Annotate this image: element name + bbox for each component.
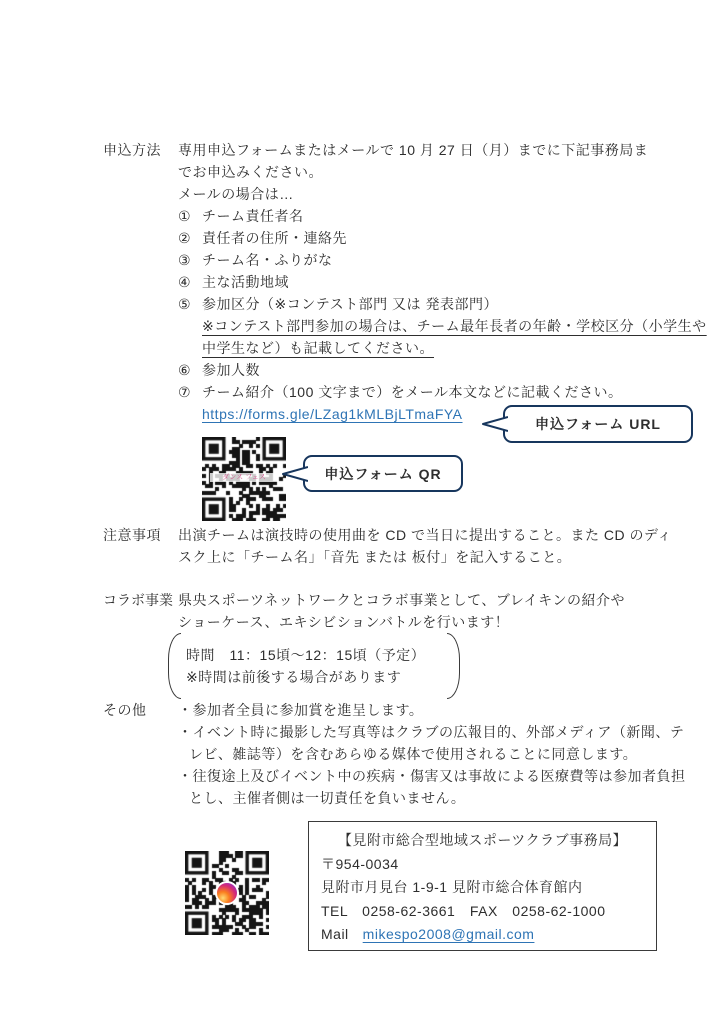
qr-code-instagram <box>185 851 269 935</box>
bubble-tail-icon <box>281 464 308 484</box>
notes-line: スク上に「チーム名」「音先 または 板付」を記入すること。 <box>178 546 672 568</box>
apply-list-item-4: ④ 主な活動地域 <box>178 271 707 293</box>
contact-tel-fax: TEL 0258-62-3661 FAX 0258-62-1000 <box>321 900 644 924</box>
apply-list-item-2: ② 責任者の住所・連絡先 <box>178 227 707 249</box>
collab-schedule-box: 時間 11：15頃～12：15頃（予定） ※時間は前後する場合があります <box>168 633 460 699</box>
callout-bubble-form-url: 申込フォーム URL <box>503 405 693 443</box>
right-parenthesis-shape <box>447 633 460 699</box>
circled-number: ⑥ <box>178 359 202 381</box>
qr-caption: ダンス フェス <box>210 473 278 482</box>
apply-intro-line: 専用申込フォームまたはメールで 10 月 27 日（月）までに下記事務局ま <box>178 139 707 161</box>
bubble-label: 申込フォーム URL <box>535 413 661 435</box>
section-collab: コラボ事業 県央スポーツネットワークとコラボ事業として、ブレイキンの紹介や ショ… <box>103 589 625 633</box>
list-item-text: 参加人数 <box>202 359 260 381</box>
collab-line: 県央スポーツネットワークとコラボ事業として、ブレイキンの紹介や <box>178 589 625 611</box>
schedule-time-line: 時間 11：15頃～12：15頃（予定） <box>186 644 460 666</box>
contest-note-line: ※コンテスト部門参加の場合は、チーム最年長者の年齢・学校区分（小学生や <box>178 315 707 337</box>
section-heading-notes: 注意事項 <box>103 524 178 568</box>
circled-number: ④ <box>178 271 202 293</box>
collab-line: ショーケース、エキシビションバトルを行います！ <box>178 611 625 633</box>
instagram-logo-icon <box>215 881 239 905</box>
apply-list-item-7: ⑦ チーム紹介（100 文字まで）をメール本文などに記載ください。 <box>178 381 707 403</box>
notes-line: 出演チームは演技時の使用曲を CD で当日に提出すること。また CD のディ <box>178 524 672 546</box>
bubble-label: 申込フォーム QR <box>324 463 441 485</box>
section-notes: 注意事項 出演チームは演技時の使用曲を CD で当日に提出すること。また CD … <box>103 524 672 568</box>
list-item-text: チーム紹介（100 文字まで）をメール本文などに記載ください。 <box>202 381 622 403</box>
contact-mail-label: Mail <box>321 923 349 947</box>
other-line: ・往復途上及びイベント中の疾病・傷害又は事故による医療費等は参加者負担 <box>178 765 686 787</box>
contact-postal-code: 〒954-0034 <box>321 853 644 877</box>
section-heading-other: その他 <box>103 699 178 809</box>
circled-number: ⑤ <box>178 293 202 315</box>
other-line-continued: とし、主催者側は一切責任を負いません。 <box>178 787 686 809</box>
list-item-text: 主な活動地域 <box>202 271 289 293</box>
apply-list-item-3: ③ チーム名・ふりがな <box>178 249 707 271</box>
section-heading-apply: 申込方法 <box>103 139 178 425</box>
bubble-tail-icon <box>481 414 508 434</box>
apply-intro-line: でお申込みください。 <box>178 161 707 183</box>
section-heading-collab: コラボ事業 <box>103 589 178 633</box>
callout-bubble-form-qr: 申込フォーム QR <box>303 455 463 492</box>
section-application-method: 申込方法 専用申込フォームまたはメールで 10 月 27 日（月）までに下記事務… <box>103 139 707 425</box>
circled-number: ① <box>178 205 202 227</box>
contact-info-box: 【見附市総合型地域スポーツクラブ事務局】 〒954-0034 見附市月見台 1-… <box>308 821 657 951</box>
circled-number: ② <box>178 227 202 249</box>
document-page: 申込方法 専用申込フォームまたはメールで 10 月 27 日（月）までに下記事務… <box>0 0 724 1024</box>
left-parenthesis-shape <box>168 633 181 699</box>
circled-number: ③ <box>178 249 202 271</box>
contest-note-line: 中学生など）も記載してください。 <box>178 337 707 359</box>
list-item-text: チーム名・ふりがな <box>202 249 333 271</box>
contact-address: 見附市月見台 1-9-1 見附市総合体育館内 <box>321 876 644 900</box>
qr-code-application-form: ダンス フェス <box>202 437 286 521</box>
list-item-text: 参加区分（※コンテスト部門 又は 発表部門） <box>202 293 498 315</box>
circled-number: ⑦ <box>178 381 202 403</box>
apply-list-item-5: ⑤ 参加区分（※コンテスト部門 又は 発表部門） <box>178 293 707 315</box>
schedule-note-line: ※時間は前後する場合があります <box>186 666 460 688</box>
list-item-text: 責任者の住所・連絡先 <box>202 227 347 249</box>
apply-list-item-1: ① チーム責任者名 <box>178 205 707 227</box>
application-form-link[interactable]: https://forms.gle/LZag1kMLBjLTmaFYA <box>202 406 463 422</box>
contact-email-link[interactable]: mikespo2008@gmail.com <box>363 923 535 947</box>
apply-intro-line: メールの場合は… <box>178 183 707 205</box>
apply-list-item-6: ⑥ 参加人数 <box>178 359 707 381</box>
other-line-continued: レビ、雑誌等）を含むあらゆる媒体で使用されることに同意します。 <box>178 743 686 765</box>
other-line: ・イベント時に撮影した写真等はクラブの広報目的、外部メディア（新聞、テ <box>178 721 686 743</box>
other-line: ・参加者全員に参加賞を進呈します。 <box>178 699 686 721</box>
list-item-text: チーム責任者名 <box>202 205 304 227</box>
contact-title: 【見附市総合型地域スポーツクラブ事務局】 <box>321 829 644 853</box>
section-other: その他 ・参加者全員に参加賞を進呈します。 ・イベント時に撮影した写真等はクラブ… <box>103 699 686 809</box>
